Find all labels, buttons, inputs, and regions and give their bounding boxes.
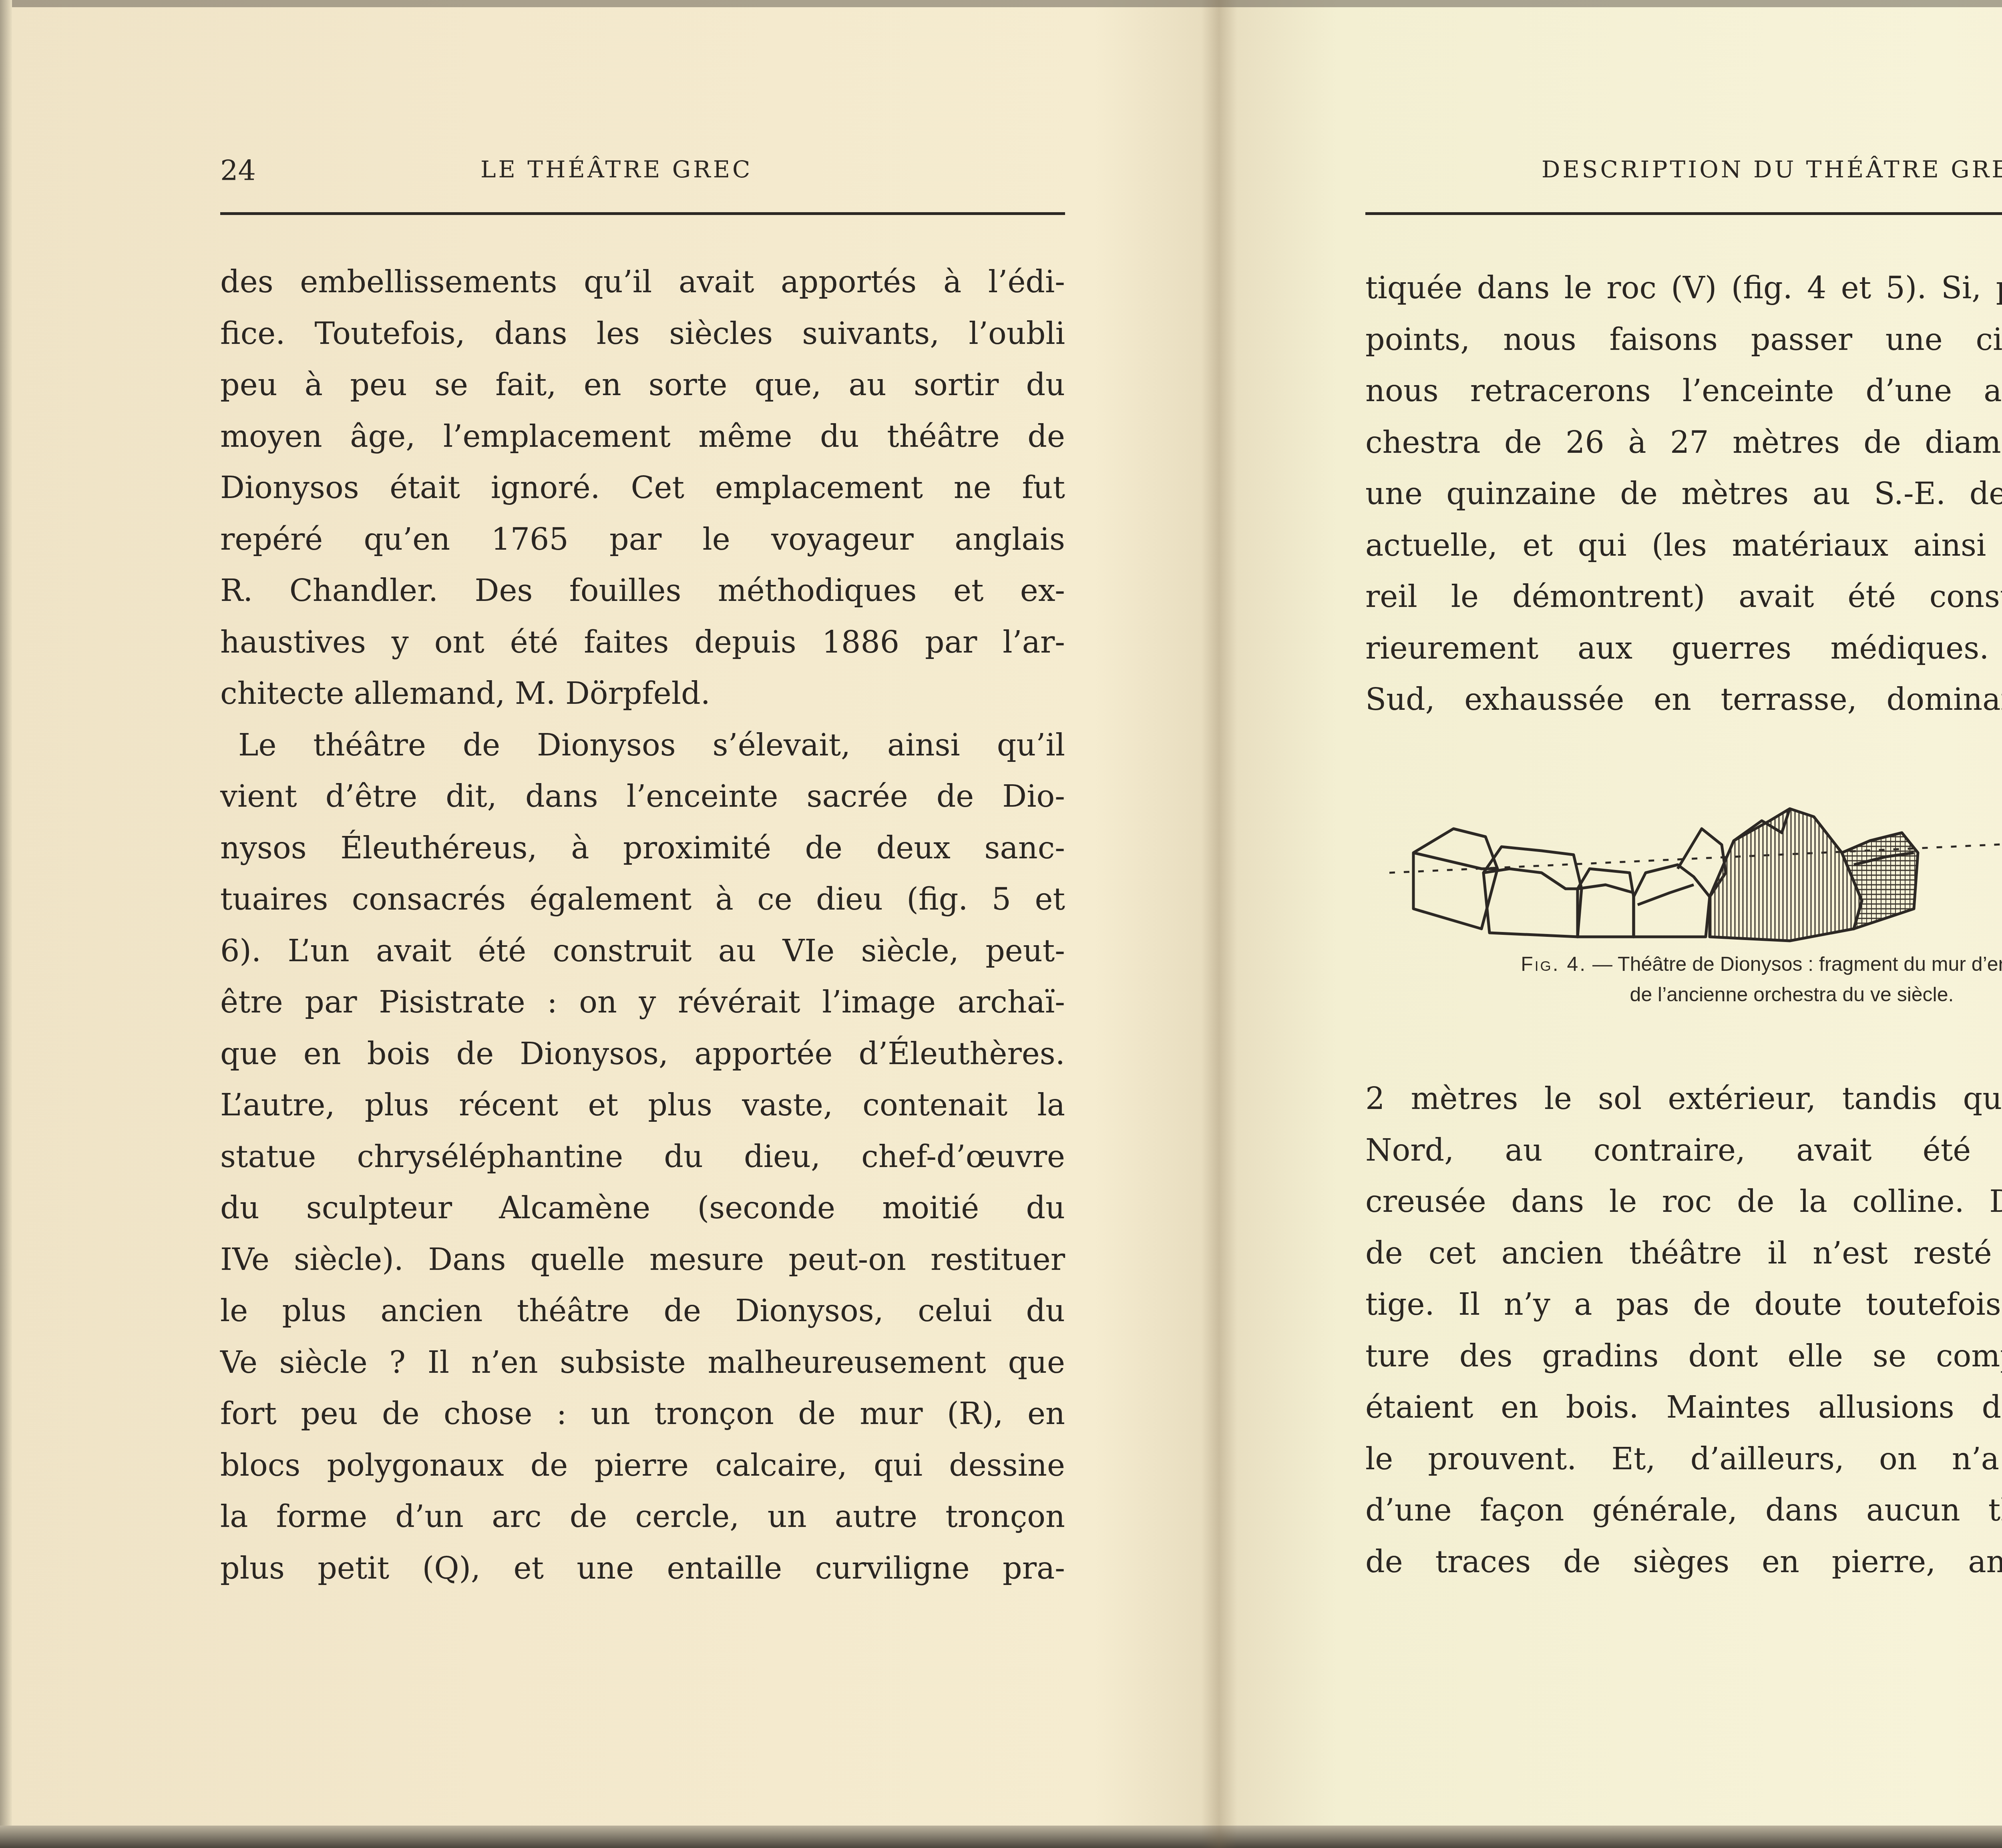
body-text-top: tiquée dans le roc (V) (fig. 4 et 5). Si… <box>1365 262 2002 725</box>
text-line: Sud, exhaussée en terrasse, dominait d’e… <box>1365 674 2002 725</box>
running-head: DESCRIPTION DU THÉÂTRE GREC 25 <box>1361 154 2002 186</box>
text-line: du sculpteur Alcamène (seconde moitié du <box>220 1182 1065 1234</box>
text-line: chestra de 26 à 27 mètres de diamètre, s… <box>1365 417 2002 468</box>
text-line: creusée dans le roc de la colline. De la… <box>1365 1176 2002 1227</box>
text-line: haustives y ont été faites depuis 1886 p… <box>220 617 1065 668</box>
header-rule <box>220 212 1065 215</box>
caption-line-1: Fig. 4. — Théâtre de Dionysos : fragment… <box>1381 949 2002 979</box>
text-line: 6). L’un avait été construit au VIe sièc… <box>220 925 1065 977</box>
text-line: que en bois de Dionysos, apportée d’Éleu… <box>220 1028 1065 1080</box>
page-number: 24 <box>220 154 256 187</box>
header-rule <box>1365 212 2002 215</box>
text-line: des embellissements qu’il avait apportés… <box>220 256 1065 308</box>
caption-line-2: de l’ancienne orchestra du ve siècle. <box>1381 979 2002 1010</box>
text-line: de traces de sièges en pierre, antérieur… <box>1365 1536 2002 1588</box>
text-line: Dionysos était ignoré. Cet emplacement n… <box>220 462 1065 514</box>
running-head: 24 LE THÉÂTRE GREC <box>208 154 1053 186</box>
text-line: actuelle, et qui (les matériaux ainsi qu… <box>1365 520 2002 571</box>
text-line: d’une façon générale, dans aucun théâtre… <box>1365 1484 2002 1536</box>
text-line: R. Chandler. Des fouilles méthodiques et… <box>220 565 1065 617</box>
text-line: ture des gradins dont elle se composait … <box>1365 1330 2002 1382</box>
text-line: 2 mètres le sol extérieur, tandis que sa… <box>1365 1073 2002 1125</box>
figure-caption: Fig. 4. — Théâtre de Dionysos : fragment… <box>1381 949 2002 1010</box>
caption-text-1: Théâtre de Dionysos : fragment du mur d’… <box>1618 953 2002 975</box>
caption-dash: — <box>1592 953 1612 975</box>
text-line: être par Pisistrate : on y révérait l’im… <box>220 976 1065 1028</box>
text-line: nous retracerons l’enceinte d’une ancien… <box>1365 365 2002 417</box>
text-line: moyen âge, l’emplacement même du théâtre… <box>220 411 1065 462</box>
text-line: blocs polygonaux de pierre calcaire, qui… <box>220 1440 1065 1491</box>
text-line: étaient en bois. Maintes allusions d’Ari… <box>1365 1382 2002 1433</box>
text-line: statue chryséléphantine du dieu, chef-d’… <box>220 1131 1065 1183</box>
body-text-bottom: 2 mètres le sol extérieur, tandis que sa… <box>1365 1073 2002 1587</box>
text-line: plus petit (Q), et une entaille curvilig… <box>220 1543 1065 1594</box>
text-line: Le théâtre de Dionysos s’élevait, ainsi … <box>220 719 1065 771</box>
text-line: reil le démontrent) avait été construite… <box>1365 571 2002 623</box>
text-line: repéré qu’en 1765 par le voyageur anglai… <box>220 514 1065 565</box>
text-line: une quinzaine de mètres au S.-E. de l’or… <box>1365 468 2002 520</box>
text-line: tige. Il n’y a pas de doute toutefois su… <box>1365 1279 2002 1330</box>
text-line: Nord, au contraire, avait été légèrement <box>1365 1125 2002 1176</box>
text-line: tiquée dans le roc (V) (fig. 4 et 5). Si… <box>1365 262 2002 314</box>
scan-edge-bottom <box>0 1826 2002 1848</box>
text-line: rieurement aux guerres médiques. Sa part… <box>1365 623 2002 674</box>
figure-label: Fig. 4. <box>1521 953 1587 975</box>
text-line: vient d’être dit, dans l’enceinte sacrée… <box>220 771 1065 822</box>
text-line: L’autre, plus récent et plus vaste, cont… <box>220 1079 1065 1131</box>
text-line: Ve siècle ? Il n’en subsiste malheureuse… <box>220 1337 1065 1388</box>
running-title: DESCRIPTION DU THÉÂTRE GREC <box>1542 156 2002 183</box>
scan-edge-left <box>0 0 12 1848</box>
text-line: la forme d’un arc de cercle, un autre tr… <box>220 1491 1065 1543</box>
text-line: points, nous faisons passer une circonfé… <box>1365 314 2002 366</box>
text-line: fice. Toutefois, dans les siècles suivan… <box>220 308 1065 360</box>
text-line: le prouvent. Et, d’ailleurs, on n’a déco… <box>1365 1433 2002 1485</box>
wall-fragment-illustration <box>1389 773 2002 945</box>
text-line: de cet ancien théâtre il n’est resté auc… <box>1365 1227 2002 1279</box>
body-text: des embellissements qu’il avait apportés… <box>220 256 1065 1594</box>
text-line: nysos Éleuthéreus, à proximité de deux s… <box>220 822 1065 874</box>
text-line: le plus ancien théâtre de Dionysos, celu… <box>220 1285 1065 1337</box>
scan-edge-top <box>0 0 2002 7</box>
text-line: IVe siècle). Dans quelle mesure peut-on … <box>220 1234 1065 1286</box>
running-title: LE THÉÂTRE GREC <box>480 156 752 183</box>
text-line: peu à peu se fait, en sorte que, au sort… <box>220 359 1065 411</box>
book-gutter <box>1201 0 1237 1848</box>
text-line: tuaires consacrés également à ce dieu (f… <box>220 874 1065 925</box>
text-line: fort peu de chose : un tronçon de mur (R… <box>220 1388 1065 1440</box>
text-line: chitecte allemand, M. Dörpfeld. <box>220 668 1065 719</box>
